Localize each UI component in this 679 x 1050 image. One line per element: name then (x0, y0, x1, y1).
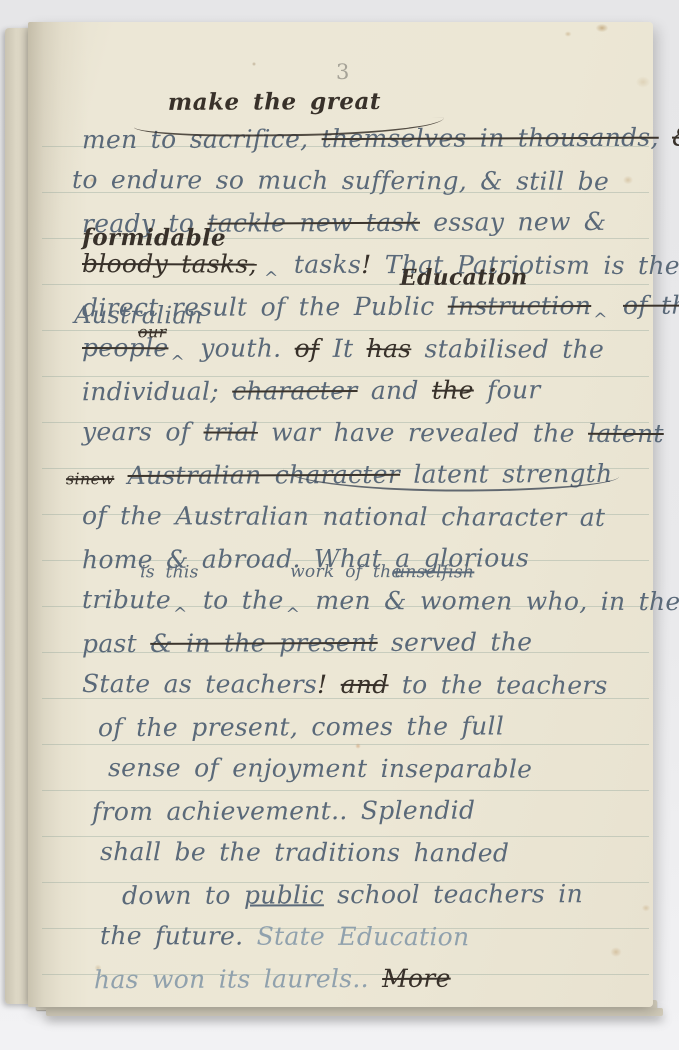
text-segment: & in the present (150, 628, 378, 658)
text-segment: individual; (82, 377, 232, 407)
text-segment: to endure so much suffering, & still be (72, 165, 609, 196)
text-segment: of (295, 334, 320, 363)
manuscript-lines: men to make the greatsacrifice, themselv… (82, 118, 642, 1000)
manuscript-line: men to make the greatsacrifice, themselv… (82, 117, 642, 161)
text-segment: to the (190, 585, 284, 614)
text-segment: shall be the traditions handed (100, 837, 509, 867)
page-stack-edge (46, 1008, 663, 1016)
text-segment: latent (588, 419, 664, 448)
text-segment: ! (361, 250, 371, 279)
text-segment: sense of enjoyment inseparable (108, 753, 532, 783)
manuscript-line: tribute^is this to the^work of theunself… (82, 579, 642, 623)
text-segment: men & women who, in the (302, 586, 679, 616)
text-segment: trial (203, 417, 258, 446)
text-segment: from achievement.. Splendid (92, 796, 475, 827)
manuscript-page: 3 men to make the greatsacrifice, themse… (28, 22, 653, 1007)
insertion-is-this: is this (140, 562, 199, 582)
text-segment (114, 461, 127, 490)
insertion-make-the-great: make the great (168, 92, 381, 113)
text-segment (327, 670, 340, 699)
text-segment: essay new & (420, 207, 607, 237)
text-segment: tasks (281, 250, 362, 279)
insertion-unselfish: unselfish (394, 562, 474, 582)
text-segment: four (474, 375, 541, 404)
text-segment: has won its laurels.. (94, 964, 382, 994)
text-segment: ! (317, 670, 327, 699)
manuscript-line: years of trial war have revealed the lat… (82, 411, 642, 455)
text-segment: school teachers in (324, 879, 583, 909)
manuscript-line: to endure so much suffering, & still be (72, 159, 642, 203)
insertion-formidable: formidable (82, 228, 226, 249)
text-segment: bloody tasks, (82, 249, 257, 279)
manuscript-line: past & in the present served the (82, 621, 642, 665)
text-segment: State as teachers (82, 669, 317, 699)
text-segment: and (341, 670, 389, 699)
insertion-work-of-the: work of the (290, 562, 402, 582)
text-segment: of the Australian national character at (82, 501, 605, 532)
text-segment: served the (378, 627, 533, 657)
text-segment: tackle new task (207, 208, 420, 238)
text-segment: sinew (66, 469, 114, 488)
text-segment: public (244, 880, 324, 909)
text-segment: More (382, 964, 451, 993)
text-segment: tribute (82, 585, 171, 614)
manuscript-line: individual; character and the four (82, 369, 642, 413)
manuscript-line: from achievement.. Splendid (92, 789, 642, 833)
manuscript-line: the future. State Education (100, 915, 642, 959)
text-segment: to the teachers (389, 670, 608, 700)
manuscript-line: formidablebloody tasks, ^ tasks! That Pa… (82, 243, 642, 287)
text-segment: stabilised the (411, 334, 604, 364)
text-segment (659, 123, 672, 152)
text-segment: the (432, 376, 474, 405)
text-segment: and (357, 376, 432, 405)
text-segment: & (672, 123, 679, 152)
manuscript-line: of the present, comes the full (98, 705, 642, 749)
text-segment (257, 250, 262, 279)
insertion-education: Education (400, 267, 528, 288)
text-segment (610, 291, 623, 320)
text-segment: youth. (187, 333, 295, 362)
manuscript-line: of the Australian national character at (82, 495, 642, 539)
manuscript-line: sense of enjoyment inseparable (108, 747, 642, 791)
text-segment: of the (623, 291, 679, 320)
scanned-notebook-page: 3 men to make the greatsacrifice, themse… (0, 0, 679, 1050)
text-segment: Instruction (448, 291, 592, 321)
text-segment: State Education (257, 922, 470, 952)
insertion-our: our (138, 322, 167, 342)
manuscript-line: State as teachers! and to the teachers (82, 663, 642, 707)
text-segment: character (232, 376, 357, 406)
text-segment: down to (122, 881, 244, 911)
page-number: 3 (336, 60, 349, 84)
text-segment: war have revealed the (258, 418, 588, 448)
text-segment: of the present, comes the full (98, 711, 504, 742)
text-segment: the future. (100, 921, 257, 951)
manuscript-line: down to public school teachers in (122, 873, 642, 917)
manuscript-line: has won its laurels.. More (94, 957, 642, 1001)
text-segment: years of (82, 417, 204, 446)
text-segment: past (82, 629, 150, 658)
text-segment: latent strength (413, 459, 612, 489)
manuscript-line: Australianourpeople^ youth. of It has st… (82, 327, 642, 371)
text-segment: has (367, 334, 412, 363)
manuscript-line: sinew Australian character latent streng… (66, 453, 642, 498)
manuscript-line: shall be the traditions handed (100, 831, 642, 875)
text-segment: It (320, 334, 367, 363)
